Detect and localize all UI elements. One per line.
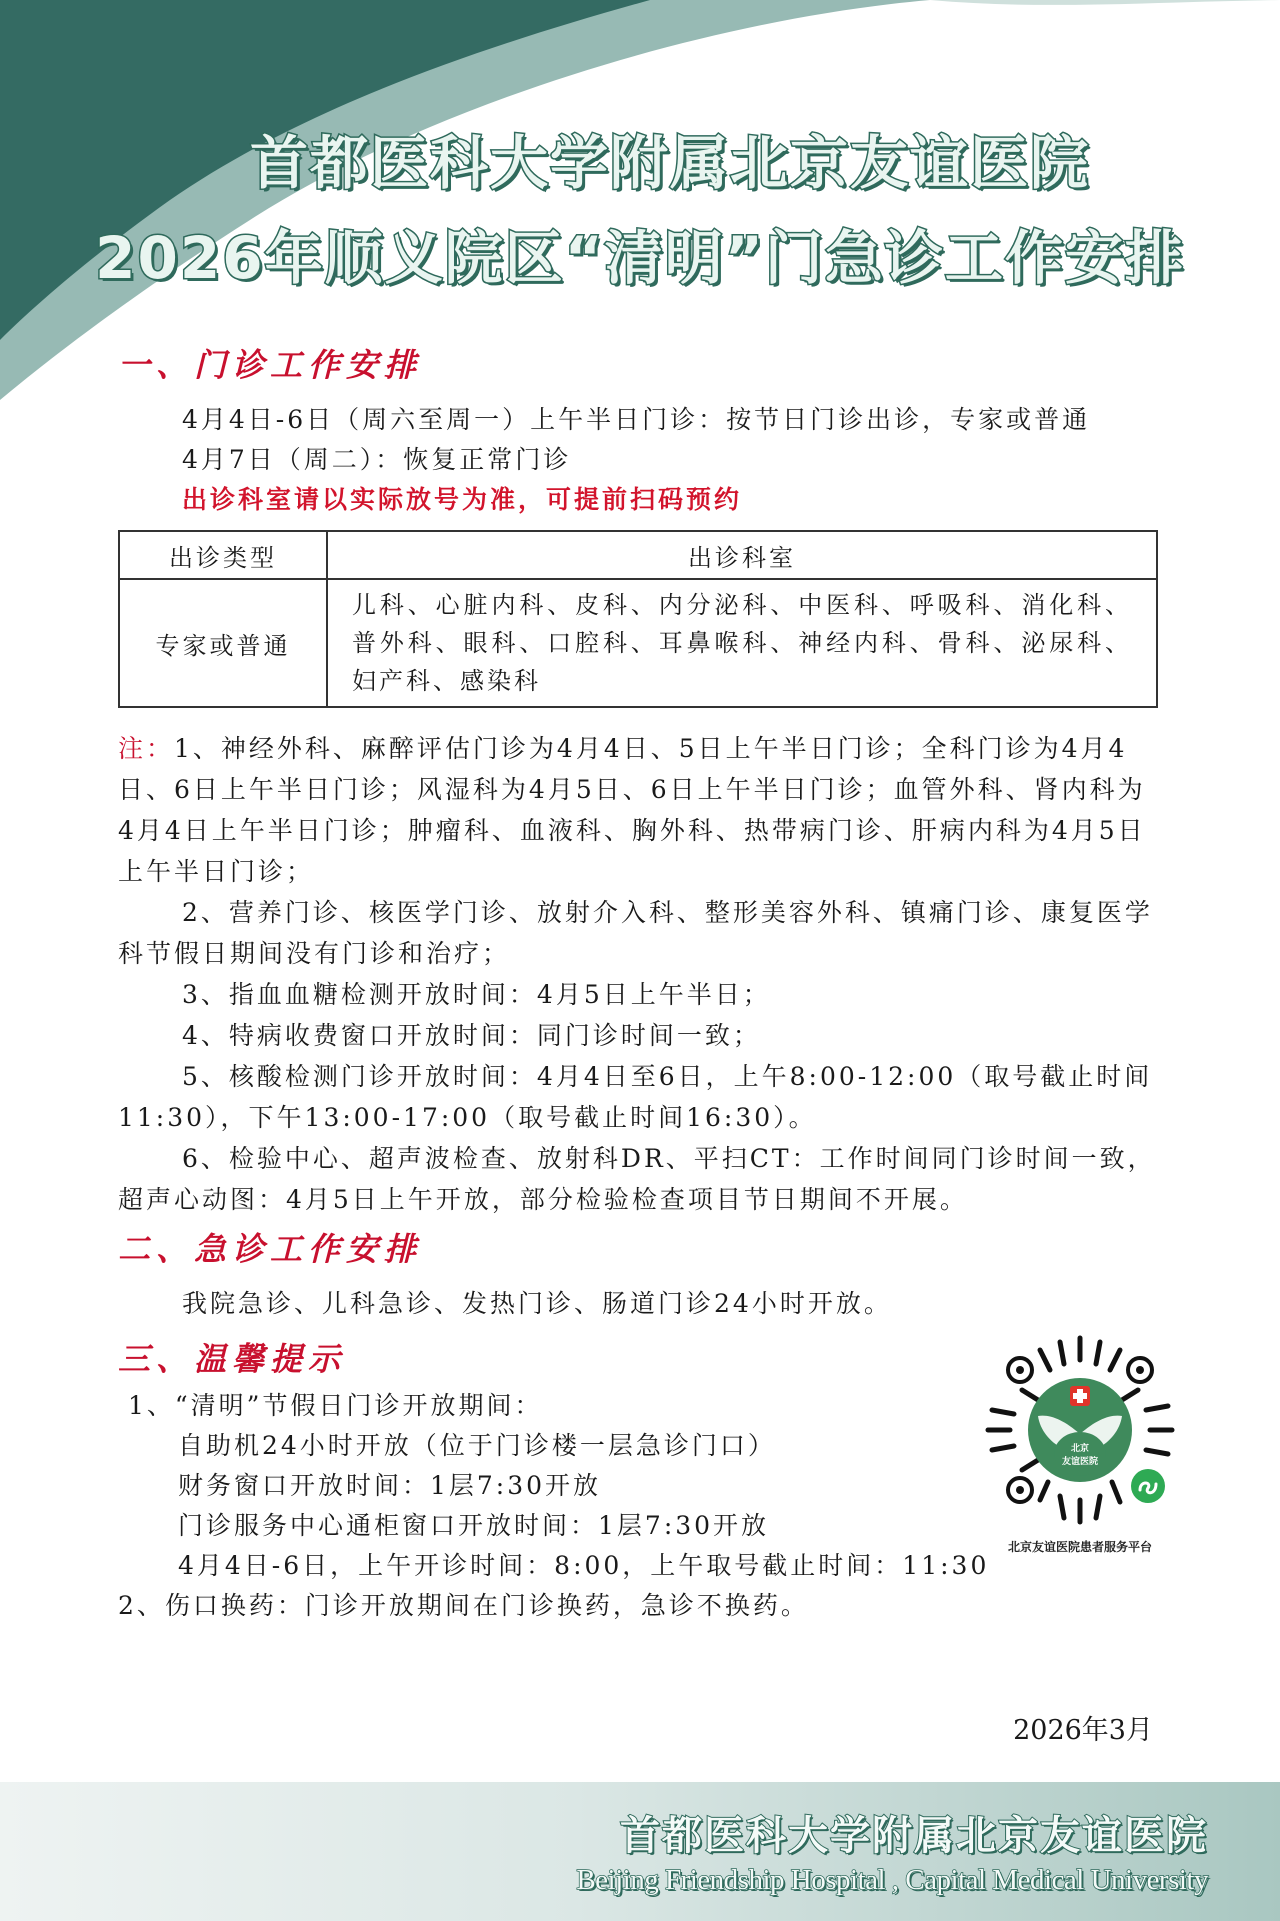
- note-label: 注：: [118, 734, 174, 763]
- table-row: 专家或普通 儿科、心脏内科、皮科、内分泌科、中医科、呼吸科、消化科、普外科、眼科…: [119, 579, 1157, 707]
- issue-date: 2026年3月: [1013, 1708, 1153, 1747]
- note-item-3: 3、指血血糖检测开放时间：4月5日上午半日；: [118, 974, 1158, 1015]
- table-header-row: 出诊类型 出诊科室: [119, 531, 1157, 579]
- qr-caption: 北京友谊医院患者服务平台: [975, 1538, 1185, 1555]
- table-header-departments: 出诊科室: [327, 531, 1157, 579]
- footer-hospital-name-cn: 首都医科大学附属北京友谊医院: [620, 1804, 1208, 1861]
- note-item-1: 注：1、神经外科、麻醉评估门诊为4月4日、5日上午半日门诊；全科门诊为4月4日、…: [118, 728, 1158, 892]
- note-item-4: 4、特病收费窗口开放时间：同门诊时间一致；: [118, 1015, 1158, 1056]
- title-schedule: 2026年顺义院区“清明”门急诊工作安排: [0, 208, 1280, 308]
- outpatient-notice-red: 出诊科室请以实际放号为准，可提前扫码预约: [118, 480, 1158, 520]
- notes-list: 注：1、神经外科、麻醉评估门诊为4月4日、5日上午半日门诊；全科门诊为4月4日、…: [118, 728, 1158, 1220]
- outpatient-resume-line: 4月7日（周二）：恢复正常门诊: [118, 440, 1158, 480]
- note-item-6: 6、检验中心、超声波检查、放射科DR、平扫CT：工作时间同门诊时间一致，超声心动…: [118, 1138, 1158, 1220]
- tips-item-2: 2、伤口换药：门诊开放期间在门诊换药，急诊不换药。: [118, 1586, 1158, 1626]
- footer-hospital-name-en: Beijing Friendship Hospital , Capital Me…: [576, 1864, 1208, 1897]
- page-title: 首都医科大学附属北京友谊医院 2026年顺义院区“清明”门急诊工作安排: [0, 118, 1280, 308]
- section-heading-emergency: 二、急诊工作安排: [118, 1224, 1158, 1270]
- qr-code-icon: 北京 友谊医院: [980, 1330, 1180, 1530]
- emergency-text: 我院急诊、儿科急诊、发热门诊、肠道门诊24小时开放。: [118, 1284, 968, 1324]
- svg-text:友谊医院: 友谊医院: [1062, 1455, 1099, 1467]
- table-header-type: 出诊类型: [119, 531, 327, 579]
- section-heading-outpatient: 一、门诊工作安排: [118, 340, 1158, 386]
- schedule-table: 出诊类型 出诊科室 专家或普通 儿科、心脏内科、皮科、内分泌科、中医科、呼吸科、…: [118, 530, 1158, 708]
- mini-program-qr-code[interactable]: 北京 友谊医院 北京友谊医院患者服务平台: [975, 1330, 1185, 1555]
- table-cell-type: 专家或普通: [119, 579, 327, 707]
- note-item-5: 5、核酸检测门诊开放时间：4月4日至6日，上午8:00-12:00（取号截止时间…: [118, 1056, 1158, 1138]
- svg-text:北京: 北京: [1071, 1442, 1089, 1454]
- footer-banner: 首都医科大学附属北京友谊医院 Beijing Friendship Hospit…: [0, 1782, 1280, 1921]
- outpatient-holiday-line: 4月4日-6日（周六至周一）上午半日门诊：按节日门诊出诊，专家或普通: [118, 400, 1158, 440]
- table-cell-departments: 儿科、心脏内科、皮科、内分泌科、中医科、呼吸科、消化科、普外科、眼科、口腔科、耳…: [327, 579, 1157, 707]
- title-hospital-name: 首都医科大学附属北京友谊医院: [60, 118, 1280, 208]
- note-item-2: 2、营养门诊、核医学门诊、放射介入科、整形美容外科、镇痛门诊、康复医学科节假日期…: [118, 892, 1158, 974]
